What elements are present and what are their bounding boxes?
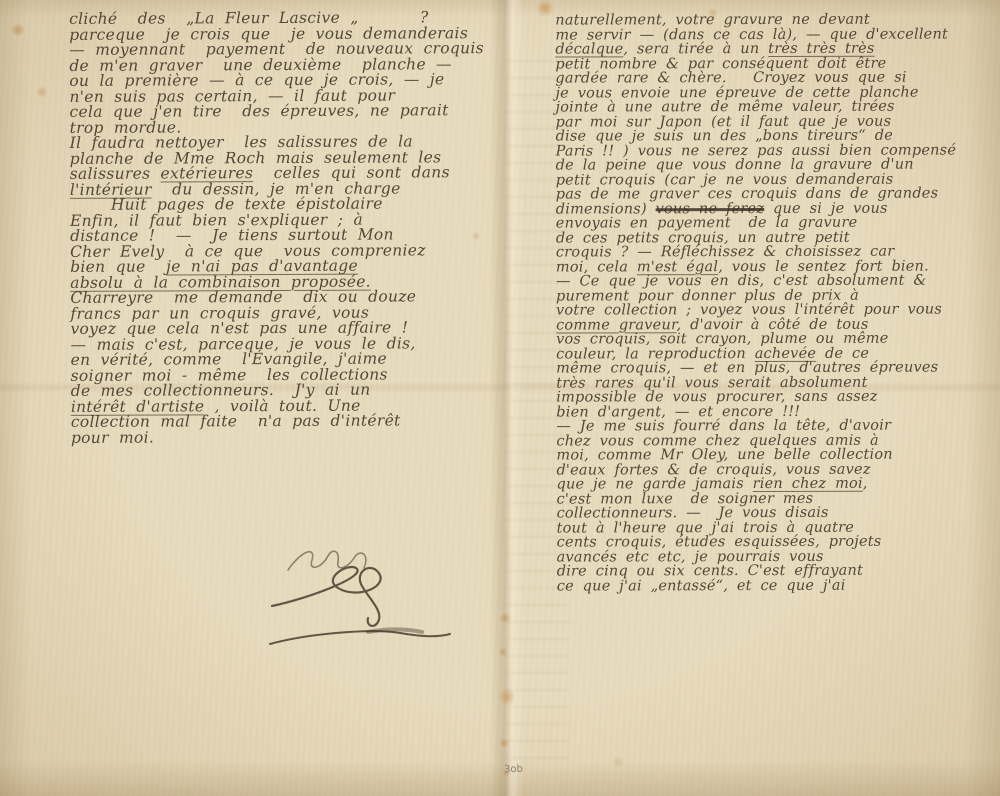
handwritten-line: pour moi. [71,426,486,443]
handwritten-line: de la peine que vous donne la gravure d'… [556,155,957,171]
signature-flourish [250,528,470,658]
handwritten-line: purement pour donner plus de prix à [556,286,957,302]
handwritten-line: collectionneurs. — Je vous disais [557,503,958,519]
handwritten-line: comme graveur, d'avoir à côté de tous [556,315,957,331]
handwritten-line: intérêt d'artiste , voilà tout. Une [71,395,486,412]
handwritten-line: bien d'argent, — et encore !!! [556,402,957,418]
handwritten-line: petit nombre & par conséquent doit être [555,54,956,70]
folio-number: 3ob [504,764,523,776]
handwritten-line: tout à l'heure que j'ai trois à quatre [557,518,958,534]
handwritten-line: cliché des „La Fleur Lascive „ ? [69,7,484,24]
handwritten-line: absolu à la combinaison proposée. [70,271,485,288]
letter-scan: cliché des „La Fleur Lascive „ ?parceque… [0,0,1000,796]
handwritten-line: — Je me suis fourré dans la tête, d'avoi… [556,416,957,432]
handwritten-line: chez vous comme chez quelques amis à [556,431,957,447]
handwritten-line: — Ce que je vous en dis, c'est absolumen… [556,271,957,287]
handwritten-line: parceque je crois que je vous demanderai… [69,23,484,40]
handwritten-line: Cher Evely à ce que vous compreniez [70,240,485,257]
handwritten-line: de ces petits croquis, un autre petit [556,228,957,244]
handwritten-line: avancés etc etc, je pourrais vous [557,547,958,563]
handwritten-line: gardée rare & chère. Croyez vous que si [555,68,956,84]
handwritten-line: moi, cela m'est égal, vous le sentez for… [556,257,957,273]
handwritten-line: — moyennant payement de nouveaux croquis [69,38,484,55]
handwritten-line: petit croquis (car je ne vous demanderai… [556,170,957,186]
handwritten-line: par moi sur Japon (et il faut que je vou… [556,112,957,128]
handwritten-line: ou la première — à ce que je crois, — je [69,69,484,86]
handwritten-line: cela que j'en tire des épreuves, ne para… [69,100,484,117]
handwritten-line: décalque, sera tirée à un très très très [555,39,956,55]
handwritten-line: l'intérieur du dessin, je m'en charge [70,178,485,195]
left-page-text: cliché des „La Fleur Lascive „ ?parceque… [69,7,486,443]
handwritten-line: distance ! — Je tiens surtout Mon [70,224,485,241]
handwritten-line: pas de me graver ces croquis dans de gra… [556,184,957,200]
handwritten-line: ce que j'ai „entassé“, et ce que j'ai [557,576,958,592]
handwritten-line: très rares qu'il vous serait absolument [556,373,957,389]
handwritten-line: cents croquis, études esquissées, projet… [557,532,958,548]
handwritten-line: francs par un croquis gravé, vous [70,302,485,319]
handwritten-line: de m'en graver une deuxième planche — [69,54,484,71]
handwritten-line: salissures extérieures celles qui sont d… [70,162,485,179]
handwritten-line: c'est mon luxe de soigner mes [556,489,957,505]
handwritten-line: Charreyre me demande dix ou douze [70,286,485,303]
handwritten-line: collection mal faite n'a pas d'intérêt [71,410,486,427]
handwritten-line: n'en suis pas certain, — il faut pour [69,85,484,102]
handwritten-line: soigner moi - même les collections [71,364,486,381]
ink-bleedthrough [506,60,570,760]
handwritten-line: vos croquis, soit crayon, plume ou même [556,329,957,345]
handwritten-line: dire cinq ou six cents. C'est effrayant [557,561,958,577]
handwritten-line: moi, comme Mr Oley, une belle collection [556,445,957,461]
handwritten-line: croquis ? — Réfléchissez & choisissez ca… [556,242,957,258]
handwritten-line: trop mordue. [70,116,485,133]
handwritten-line: de mes collectionneurs. J'y ai un [71,379,486,396]
handwritten-line: Il faudra nettoyer les salissures de la [70,131,485,148]
handwritten-line: même croquis, — et en plus, d'autres épr… [556,358,957,374]
handwritten-line: dise que je suis un des „bons tireurs“ d… [556,126,957,142]
handwritten-line: Huit pages de texte épistolaire [70,193,485,210]
handwritten-line: que je ne garde jamais rien chez moi, [556,474,957,490]
handwritten-line: votre collection ; voyez vous l'intérêt … [556,300,957,316]
right-page-text: naturellement, votre gravure ne devantme… [555,10,957,591]
handwritten-line: jointe à une autre de même valeur, tirée… [555,97,956,113]
handwritten-line: bien que je n'ai pas d'avantage [70,255,485,272]
handwritten-line: envoyais en payement de la gravure [556,213,957,229]
handwritten-line: impossible de vous procurer, sans assez [556,387,957,403]
handwritten-line: en vérité, comme l'Évangile, j'aime [71,348,486,365]
handwritten-line: d'eaux fortes & de croquis, vous savez [556,460,957,476]
handwritten-line: dimensions) vous ne ferez que si je vous [556,199,957,215]
handwritten-line: planche de Mme Roch mais seulement les [70,147,485,164]
handwritten-line: couleur, la reproduction achevée de ce [556,344,957,360]
handwritten-line: Paris !! ) vous ne serez pas aussi bien … [556,141,957,157]
handwritten-line: — mais c'est, parceque, je vous le dis, [70,333,485,350]
handwritten-line: voyez que cela n'est pas une affaire ! [70,317,485,334]
handwritten-line: me servir — (dans ce cas là), — que d'ex… [555,25,956,41]
handwritten-line: Enfin, il faut bien s'expliquer ; à [70,209,485,226]
handwritten-line: je vous envoie une épreuve de cette plan… [555,83,956,99]
handwritten-line: naturellement, votre gravure ne devant [555,10,956,26]
